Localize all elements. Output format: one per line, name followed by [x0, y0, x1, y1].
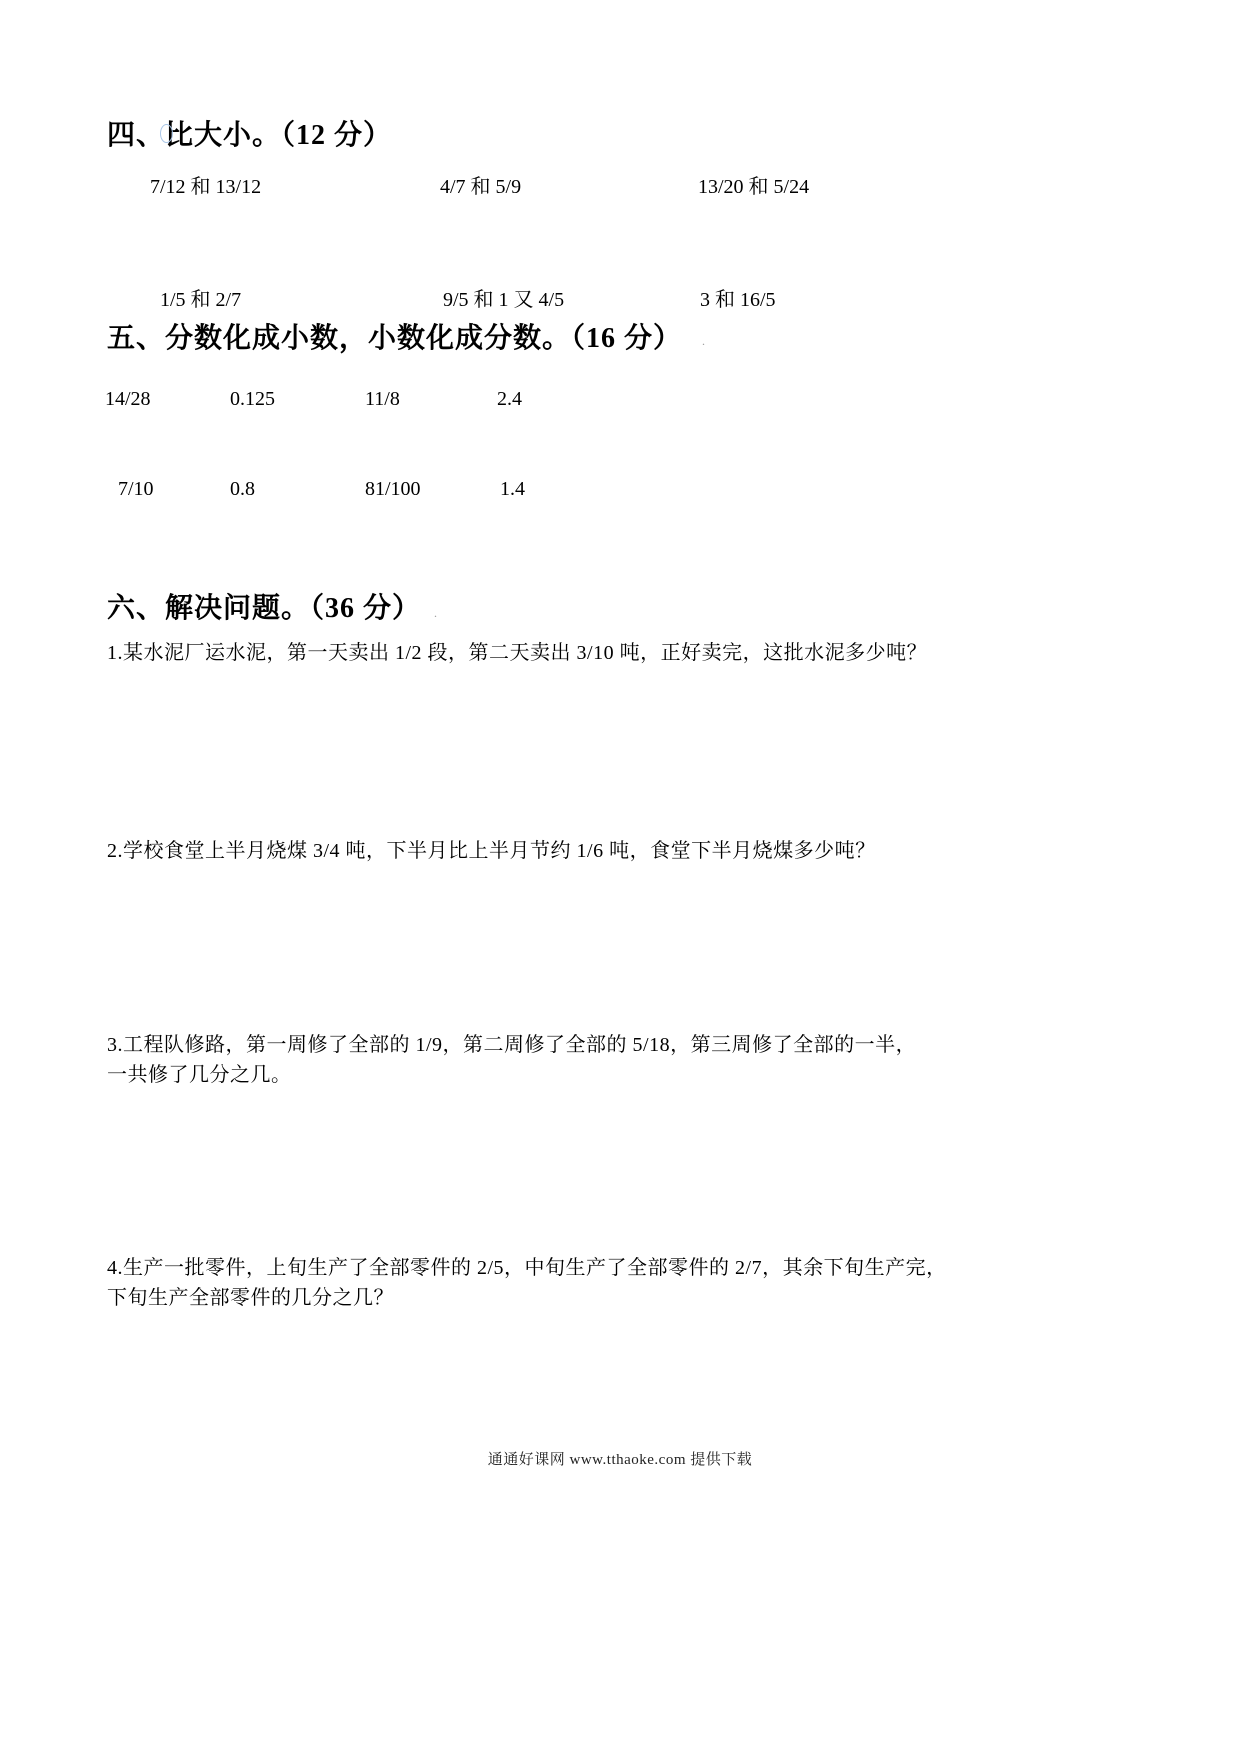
conversion-value: 1.4	[500, 478, 525, 501]
problem-text: 一共修了几分之几。	[107, 1060, 1137, 1090]
problem-3: 3.工程队修路，第一周修了全部的 1/9，第二周修了全部的 5/18，第三周修了…	[107, 1030, 1137, 1090]
footer-watermark: 通通好课网 www.tthaoke.com 提供下载	[0, 1448, 1240, 1469]
problem-1: 1.某水泥厂运水泥，第一天卖出 1/2 段，第二天卖出 3/10 吨，正好卖完，…	[107, 638, 1137, 668]
problem-text: 下旬生产全部零件的几分之几？	[107, 1283, 1137, 1313]
problem-2: 2.学校食堂上半月烧煤 3/4 吨，下半月比上半月节约 1/6 吨，食堂下半月烧…	[107, 836, 1137, 866]
problem-text: 2.学校食堂上半月烧煤 3/4 吨，下半月比上半月节约 1/6 吨，食堂下半月烧…	[107, 836, 1137, 866]
faint-period-mark: .	[434, 606, 437, 621]
problem-text: 1.某水泥厂运水泥，第一天卖出 1/2 段，第二天卖出 3/10 吨，正好卖完，…	[107, 638, 1137, 668]
problem-text: 3.工程队修路，第一周修了全部的 1/9，第二周修了全部的 5/18，第三周修了…	[107, 1030, 1137, 1060]
compare-pair: 4/7 和 5/9	[440, 170, 521, 199]
worksheet-page: 四、比大小。（12 分） 7/12 和 13/12 4/7 和 5/9 13/2…	[0, 0, 1240, 1754]
section-six-title: 六、解决问题。（36 分）	[107, 586, 421, 626]
compare-pair: 1/5 和 2/7	[160, 283, 241, 312]
compare-pair: 7/12 和 13/12	[150, 170, 261, 199]
problem-4: 4.生产一批零件，上旬生产了全部零件的 2/5，中旬生产了全部零件的 2/7，其…	[107, 1253, 1137, 1313]
section-four-title: 四、比大小。（12 分）	[107, 113, 392, 153]
conversion-value: 0.8	[230, 478, 255, 501]
conversion-value: 7/10	[118, 478, 154, 501]
compare-pair: 13/20 和 5/24	[698, 170, 809, 199]
section-five-title: 五、分数化成小数，小数化成分数。（16 分）	[107, 316, 682, 356]
conversion-value: 14/28	[105, 388, 151, 411]
conversion-value: 81/100	[365, 478, 421, 501]
oval-annotation-artifact	[160, 124, 173, 143]
faint-period-mark: .	[702, 334, 705, 349]
problem-text: 4.生产一批零件，上旬生产了全部零件的 2/5，中旬生产了全部零件的 2/7，其…	[107, 1253, 1137, 1283]
conversion-value: 0.125	[230, 388, 275, 411]
compare-pair: 9/5 和 1 又 4/5	[443, 283, 564, 312]
compare-pair: 3 和 16/5	[700, 283, 776, 312]
conversion-value: 2.4	[497, 388, 522, 411]
conversion-value: 11/8	[365, 388, 400, 411]
